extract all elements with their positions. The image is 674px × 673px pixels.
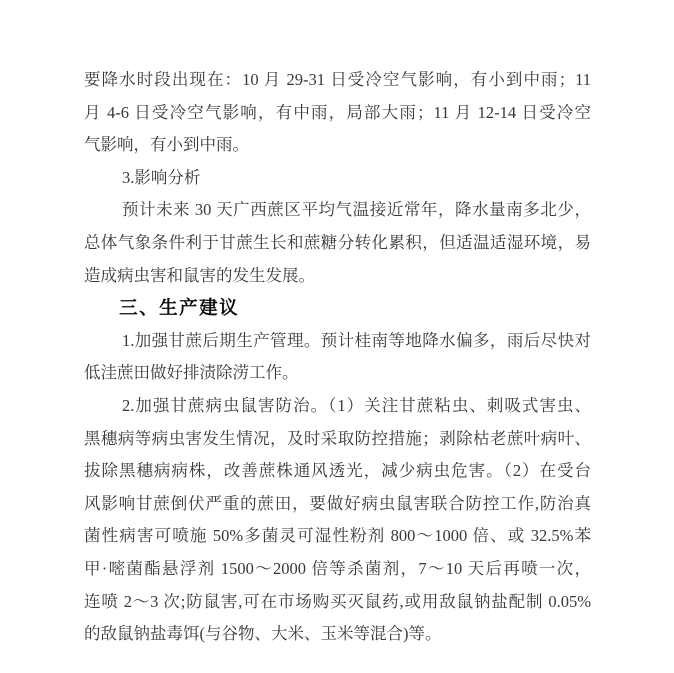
para-impact-analysis-label: 3.影响分析 xyxy=(84,162,591,195)
text-line: 1.加强甘蔗后期生产管理。预计桂南等地降水偏多，雨后尽快对 xyxy=(84,325,591,358)
heading-production-advice: 三、生产建议 xyxy=(84,292,591,325)
para-rainfall-periods: 要降水时段出现在：10 月 29-31 日受冷空气影响，有小到中雨；11月 4-… xyxy=(84,64,591,162)
text-line: 甲·嘧菌酯悬浮剂 1500～2000 倍等杀菌剂，7～10 天后再喷一次， xyxy=(84,553,591,586)
text-line: 菌性病害可喷施 50%多菌灵可湿性粉剂 800～1000 倍、或 32.5%苯 xyxy=(84,520,591,553)
text-line: 连喷 2～3 次;防鼠害,可在市场购买灭鼠药,或用敌鼠钠盐配制 0.05% xyxy=(84,586,591,619)
text-line: 3.影响分析 xyxy=(84,162,591,195)
text-line: 黑穗病等病虫害发生情况，及时采取防控措施；剥除枯老蔗叶病叶、 xyxy=(84,423,591,456)
para-advice-2: 2.加强甘蔗病虫鼠害防治。（1）关注甘蔗粘虫、刺吸式害虫、黑穗病等病虫害发生情况… xyxy=(84,390,591,651)
text-line: 气影响，有小到中雨。 xyxy=(84,129,591,162)
text-line: 预计未来 30 天广西蔗区平均气温接近常年，降水量南多北少， xyxy=(84,194,591,227)
text-line: 要降水时段出现在：10 月 29-31 日受冷空气影响，有小到中雨；11 xyxy=(84,64,591,97)
para-advice-1: 1.加强甘蔗后期生产管理。预计桂南等地降水偏多，雨后尽快对低洼蔗田做好排渍除涝工… xyxy=(84,325,591,390)
para-impact-analysis-body: 预计未来 30 天广西蔗区平均气温接近常年，降水量南多北少，总体气象条件利于甘蔗… xyxy=(84,194,591,292)
text-line: 拔除黑穗病病株，改善蔗株通风透光，减少病虫危害。（2）在受台 xyxy=(84,455,591,488)
text-line: 2.加强甘蔗病虫鼠害防治。（1）关注甘蔗粘虫、刺吸式害虫、 xyxy=(84,390,591,423)
text-line: 月 4-6 日受冷空气影响，有中雨，局部大雨；11 月 12-14 日受冷空 xyxy=(84,97,591,130)
document-page: 要降水时段出现在：10 月 29-31 日受冷空气影响，有小到中雨；11月 4-… xyxy=(0,0,674,673)
text-line: 风影响甘蔗倒伏严重的蔗田，要做好病虫鼠害联合防控工作,防治真 xyxy=(84,488,591,521)
text-line: 的敌鼠钠盐毒饵(与谷物、大米、玉米等混合)等。 xyxy=(84,618,591,651)
text-line: 低洼蔗田做好排渍除涝工作。 xyxy=(84,357,591,390)
text-line: 总体气象条件利于甘蔗生长和蔗糖分转化累积，但适温适湿环境，易 xyxy=(84,227,591,260)
text-line: 造成病虫害和鼠害的发生发展。 xyxy=(84,260,591,293)
section-heading-line: 三、生产建议 xyxy=(84,292,591,325)
